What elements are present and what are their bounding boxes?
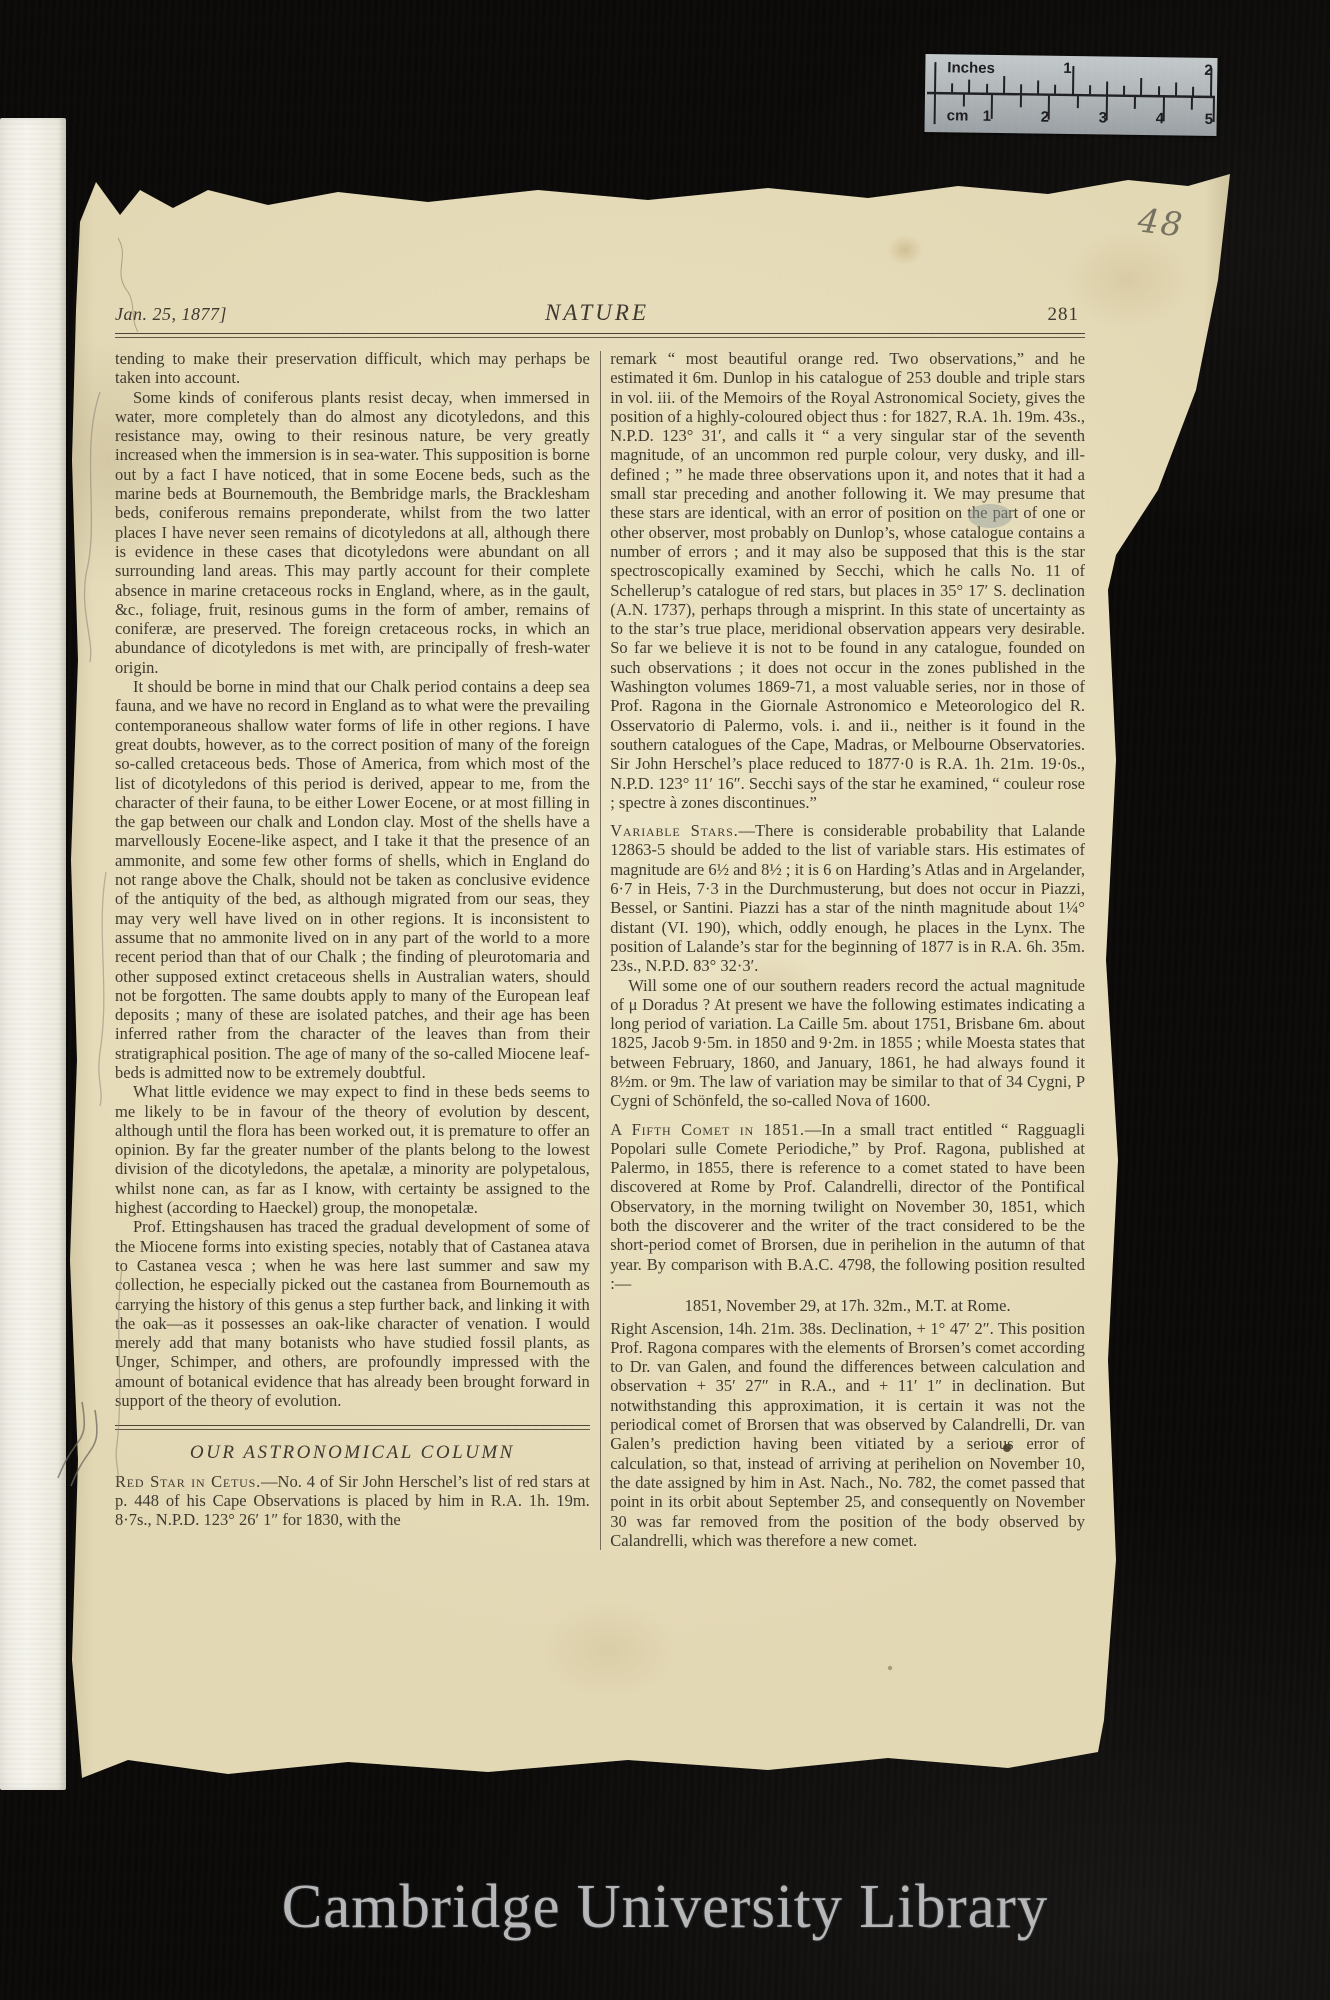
variable-stars-lead: Variable Stars. [610, 821, 738, 840]
section-heading-astronomical-column: OUR ASTRONOMICAL COLUMN [115, 1443, 590, 1462]
section-rule [115, 1425, 590, 1430]
printed-text-block: Jan. 25, 1877] NATURE 281 tending to mak… [115, 300, 1085, 1550]
photograph-of-bound-journal-page: Jan. 25, 1877] NATURE 281 tending to mak… [0, 0, 1330, 2000]
conclusion-paragraph: Right Ascension, 14h. 21m. 38s. Declinat… [610, 1319, 1085, 1551]
column-divider-rule [600, 351, 601, 1550]
paragraph: What little evidence we may expect to fi… [115, 1082, 590, 1217]
page-number: 281 [758, 304, 1085, 326]
two-column-text: tending to make their preservation diffi… [115, 349, 1085, 1550]
ruler-cm-number: 5 [1205, 111, 1214, 128]
measurement-ruler: Inches cm 1 2 1 2 3 4 5 [924, 54, 1217, 136]
ruler-cm-number: 1 [983, 108, 992, 125]
fifth-comet-text: —In a small tract entitled “ Ragguagli P… [610, 1120, 1085, 1293]
right-column: remark “ most beautiful orange red. Two … [610, 349, 1085, 1550]
library-watermark: Cambridge University Library [13, 1872, 1316, 1943]
ruler-cm-number: 3 [1099, 109, 1108, 126]
ruler-inch-number: 2 [1204, 62, 1213, 79]
variable-stars-paragraph: Variable Stars.—There is considerable pr… [610, 821, 1085, 975]
fifth-comet-paragraph: A Fifth Comet in 1851.—In a small tract … [610, 1120, 1085, 1294]
variable-stars-text: —There is considerable probability that … [610, 821, 1085, 975]
paragraph: It should be borne in mind that our Chal… [115, 677, 590, 1082]
paragraph: tending to make their preservation diffi… [115, 349, 590, 388]
red-star-lead: Red Star in Cetus. [115, 1472, 261, 1491]
doradus-paragraph: Will some one of our southern readers re… [610, 976, 1085, 1111]
ruler-inches-label: Inches [947, 59, 995, 77]
fifth-comet-lead: A Fifth Comet in 1851. [610, 1120, 805, 1139]
paragraph: Prof. Ettingshausen has traced the gradu… [115, 1217, 590, 1410]
ruler-cm-number: 4 [1156, 110, 1165, 127]
left-column: tending to make their preservation diffi… [115, 349, 590, 1550]
ruler-inch-number: 1 [1063, 60, 1072, 77]
ruler-cm-label: cm [947, 107, 969, 124]
page-header: Jan. 25, 1877] NATURE 281 [115, 300, 1085, 326]
book-fore-edge [0, 118, 66, 1790]
comet-position-line: 1851, November 29, at 17h. 32m., M.T. at… [610, 1296, 1085, 1315]
paragraph: Some kinds of coniferous plants resist d… [115, 388, 590, 677]
red-star-paragraph: Red Star in Cetus.—No. 4 of Sir John Her… [115, 1472, 590, 1530]
journal-title: NATURE [436, 300, 757, 326]
header-rule [115, 333, 1085, 338]
scanned-page: Jan. 25, 1877] NATURE 281 tending to mak… [68, 160, 1238, 1790]
ruler-cm-number: 2 [1041, 109, 1050, 126]
header-date: Jan. 25, 1877] [115, 304, 436, 325]
handwritten-folio-number: 48 [1136, 200, 1186, 244]
paragraph: remark “ most beautiful orange red. Two … [610, 349, 1085, 812]
